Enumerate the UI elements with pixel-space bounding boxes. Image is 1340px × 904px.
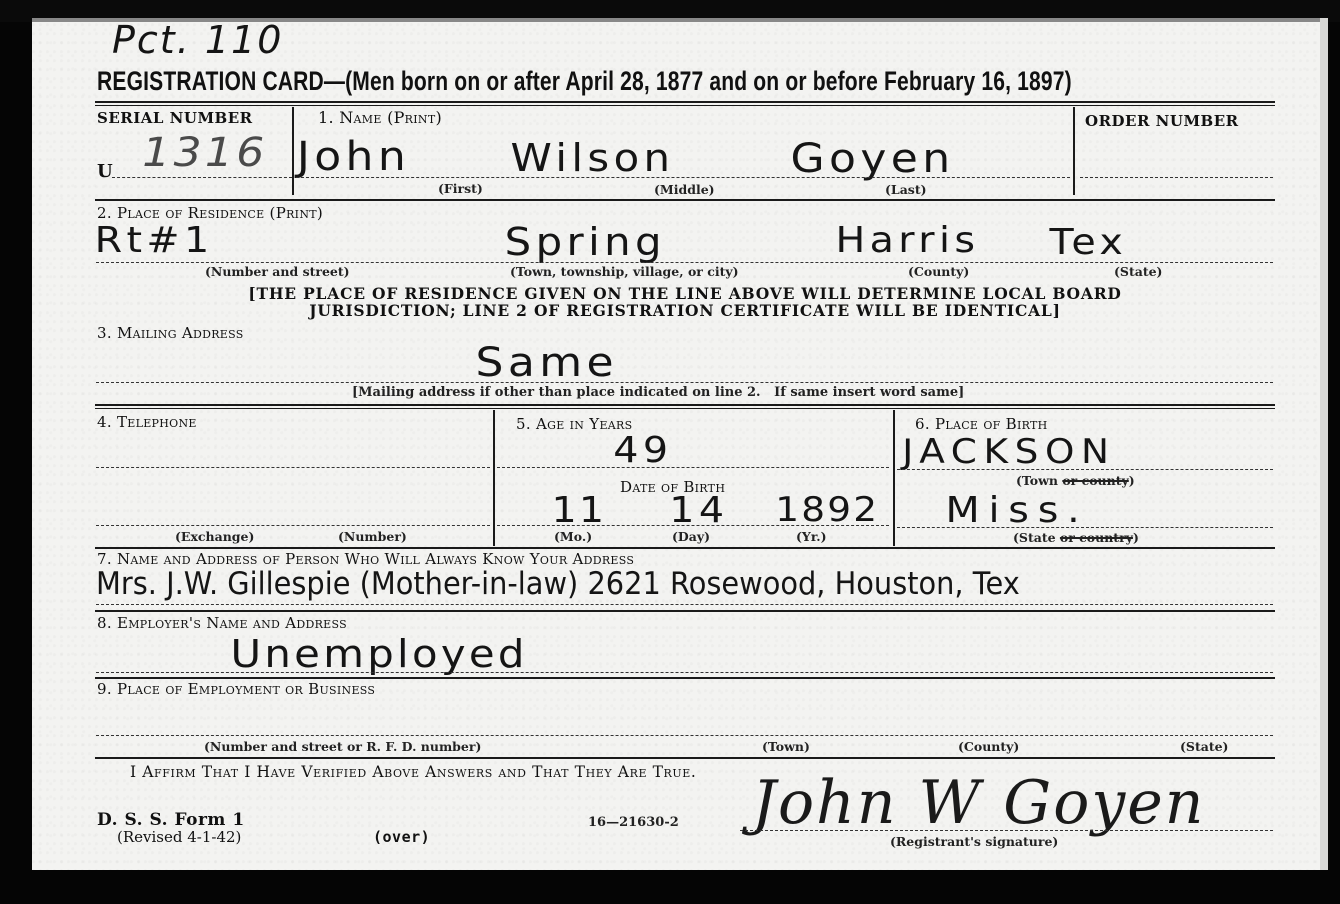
employment-town-caption: (Town) bbox=[762, 739, 810, 754]
employer-value: Unemployed bbox=[230, 632, 527, 676]
residence-state-caption: (State) bbox=[1114, 264, 1162, 279]
residence-county-caption: (County) bbox=[908, 264, 969, 279]
registrant-signature: John W Goyen bbox=[752, 768, 1205, 838]
employment-place-label: 9. Place of Employment or Business bbox=[97, 680, 375, 698]
residence-notice-2: JURISDICTION; LINE 2 OF REGISTRATION CER… bbox=[120, 301, 1250, 320]
signature-line bbox=[740, 830, 1273, 831]
serial-number-value: 1316 bbox=[142, 130, 267, 176]
residence-street-caption: (Number and street) bbox=[205, 264, 350, 279]
row3-rule bbox=[95, 404, 1275, 406]
order-number-label: ORDER NUMBER bbox=[1085, 112, 1239, 130]
dob-year: 1892 bbox=[775, 490, 879, 530]
order-divider bbox=[1073, 107, 1075, 195]
mailing-line bbox=[96, 382, 1273, 383]
birthplace-label: 6. Place of Birth bbox=[915, 415, 1048, 433]
name-middle-caption: (Middle) bbox=[654, 182, 715, 197]
name-first: John bbox=[297, 134, 410, 180]
print-code: 16—21630-2 bbox=[588, 815, 679, 830]
employer-line bbox=[96, 672, 1273, 673]
name-label: 1. Name (Print) bbox=[318, 108, 442, 127]
row3-rule-2 bbox=[95, 408, 1275, 409]
card-title: REGISTRATION CARD—(Men born on or after … bbox=[97, 66, 1072, 97]
dob-month-caption: (Mo.) bbox=[554, 529, 592, 544]
serial-divider bbox=[292, 107, 294, 195]
residence-state: Tex bbox=[1049, 222, 1127, 263]
form-over: (over) bbox=[373, 828, 430, 846]
serial-line bbox=[112, 177, 292, 178]
phone-age-divider bbox=[493, 410, 495, 546]
order-number-line bbox=[1080, 177, 1273, 178]
birthplace-town: JACKSON bbox=[902, 432, 1115, 472]
employment-county-caption: (County) bbox=[958, 739, 1019, 754]
card-annotation: Pct. 110 bbox=[112, 18, 283, 62]
card-edge bbox=[1320, 18, 1328, 870]
mailing-label: 3. Mailing Address bbox=[97, 324, 244, 342]
telephone-label: 4. Telephone bbox=[97, 413, 197, 431]
form-revised: (Revised 4-1-42) bbox=[117, 828, 241, 846]
dob-line bbox=[497, 525, 889, 526]
residence-street: Rt#1 bbox=[95, 220, 214, 261]
birthplace-town-line bbox=[897, 469, 1273, 470]
age-birth-divider bbox=[893, 410, 895, 546]
mailing-value: Same bbox=[476, 340, 618, 386]
contact-value: Mrs. J.W. Gillespie (Mother-in-law) 2621… bbox=[96, 566, 1020, 602]
row4-rule bbox=[95, 547, 1275, 549]
dob-year-caption: (Yr.) bbox=[796, 529, 827, 544]
form-id: D. S. S. Form 1 bbox=[97, 810, 245, 830]
employer-label: 8. Employer's Name and Address bbox=[97, 614, 347, 632]
employment-street-caption: (Number and street or R. F. D. number) bbox=[204, 739, 481, 754]
telephone-number-caption: (Number) bbox=[338, 529, 407, 544]
row9-rule bbox=[95, 757, 1275, 759]
telephone-exchange-caption: (Exchange) bbox=[175, 529, 254, 544]
serial-number-label: SERIAL NUMBER bbox=[97, 109, 253, 127]
employment-state-caption: (State) bbox=[1180, 739, 1228, 754]
signature-caption: (Registrant's signature) bbox=[890, 834, 1058, 849]
serial-prefix: U bbox=[97, 161, 113, 182]
contact-line bbox=[96, 604, 1273, 605]
affirmation-text: I Affirm That I Have Verified Above Answ… bbox=[130, 763, 696, 781]
age-value: 49 bbox=[613, 430, 672, 471]
age-line bbox=[497, 467, 889, 468]
residence-town-caption: (Town, township, village, or city) bbox=[510, 264, 739, 279]
birthplace-state: Miss. bbox=[945, 490, 1088, 531]
residence-town: Spring bbox=[505, 220, 666, 264]
title-rule bbox=[95, 101, 1275, 103]
residence-line bbox=[96, 262, 1273, 263]
name-middle: Wilson bbox=[511, 136, 675, 180]
birthplace-town-caption: (Town or county) bbox=[1016, 473, 1135, 488]
telephone-line-2 bbox=[96, 525, 490, 526]
employment-place-line bbox=[96, 735, 1273, 736]
telephone-line-1 bbox=[96, 467, 490, 468]
birthplace-state-caption: (State or country) bbox=[1013, 530, 1139, 545]
mailing-caption: [Mailing address if other than place ind… bbox=[352, 385, 964, 400]
name-line bbox=[296, 177, 1070, 178]
row7-rule bbox=[95, 610, 1275, 612]
dob-day-caption: (Day) bbox=[672, 529, 710, 544]
residence-county: Harris bbox=[835, 220, 979, 261]
name-last: Goyen bbox=[791, 136, 955, 182]
name-last-caption: (Last) bbox=[885, 182, 927, 197]
row1-rule bbox=[95, 199, 1275, 201]
birthplace-state-line bbox=[897, 527, 1273, 528]
row8-rule bbox=[95, 677, 1275, 679]
name-first-caption: (First) bbox=[438, 181, 483, 196]
title-rule-2 bbox=[95, 105, 1275, 106]
